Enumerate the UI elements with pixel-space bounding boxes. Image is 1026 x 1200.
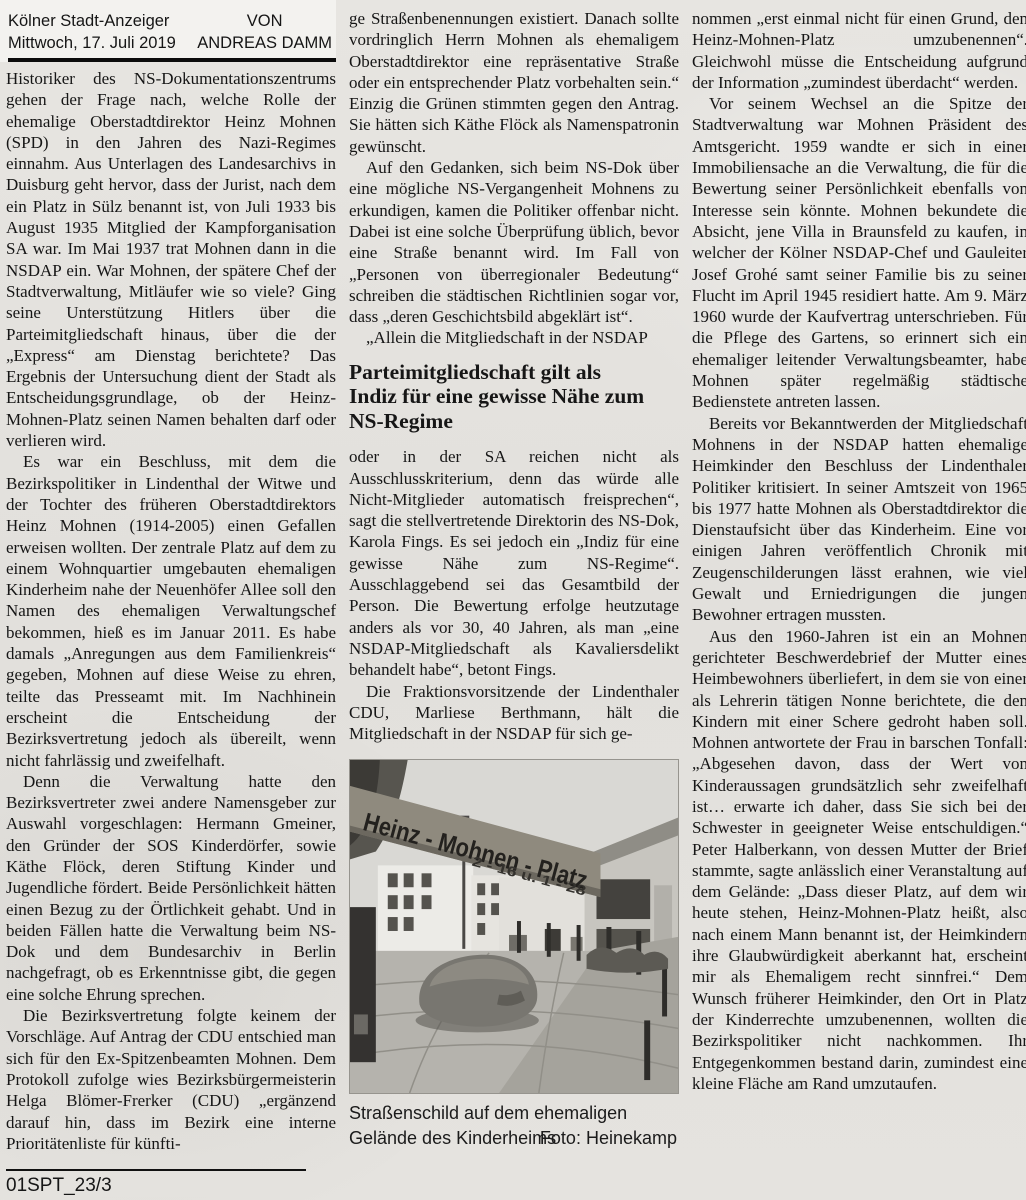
street-sign-photo-graphic: Heinz - Mohnen - Platz 2 - 16 u. 1 - 28: [349, 759, 679, 1094]
article-paragraph: ge Straßenbenennungen existiert. Danach …: [349, 8, 679, 157]
byline-prefix: VON: [197, 10, 332, 32]
street-sign-photo: Heinz - Mohnen - Platz 2 - 16 u. 1 - 28: [349, 759, 679, 1151]
issue-date: Mittwoch, 17. Juli 2019: [8, 32, 176, 54]
article-paragraph: „Allein die Mitgliedschaft in der NSDAP: [349, 327, 679, 348]
press-code: 01SPT_23/3: [6, 1169, 306, 1197]
article-column-2: ge Straßenbenennungen existiert. Danach …: [349, 8, 679, 1200]
article-paragraph: oder in der SA reichen nicht als Ausschl…: [349, 446, 679, 680]
publication-name: Kölner Stadt-Anzeiger: [8, 10, 176, 32]
article-paragraph: Die Bezirksvertretung folgte keinem der …: [6, 1005, 336, 1154]
article-column-3: nommen „erst einmal nicht für einen Grun…: [692, 8, 1026, 1200]
article-paragraph: Historiker des NS-Dokumentationszentrums…: [6, 68, 336, 451]
masthead-left: Kölner Stadt-Anzeiger Mittwoch, 17. Juli…: [8, 10, 176, 54]
article-paragraph: Die Fraktionsvorsitzende der Lindenthale…: [349, 681, 679, 745]
byline: VON ANDREAS DAMM: [197, 10, 332, 54]
article-paragraph: Auf den Gedanken, sich beim NS-Dok über …: [349, 157, 679, 327]
article-column-1: Kölner Stadt-Anzeiger Mittwoch, 17. Juli…: [6, 8, 336, 1200]
article-paragraph: Denn die Verwaltung hatte den Bezirksver…: [6, 771, 336, 1005]
article-columns: Kölner Stadt-Anzeiger Mittwoch, 17. Juli…: [0, 0, 1026, 1200]
masthead: Kölner Stadt-Anzeiger Mittwoch, 17. Juli…: [0, 0, 336, 62]
article-paragraph: Es war ein Beschluss, mit dem die Bezirk…: [6, 451, 336, 770]
byline-author: ANDREAS DAMM: [197, 32, 332, 54]
newspaper-scan-page: Kölner Stadt-Anzeiger Mittwoch, 17. Juli…: [0, 0, 1026, 1200]
article-paragraph: Bereits vor Bekanntwerden der Mitgliedsc…: [692, 413, 1026, 626]
article-paragraph: nommen „erst einmal nicht für einen Grun…: [692, 8, 1026, 93]
section-subheading: Parteimitgliedschaft gilt als Indiz für …: [349, 360, 651, 434]
masthead-rule: [8, 58, 336, 62]
article-paragraph: Aus den 1960-Jahren ist ein an Mohnen ge…: [692, 626, 1026, 1095]
photo-credit: Foto: Heinekamp: [540, 1126, 677, 1151]
article-paragraph: Vor seinem Wechsel an die Spitze der Sta…: [692, 93, 1026, 412]
photo-caption: Straßenschild auf dem ehemaligen Gelände…: [349, 1101, 679, 1151]
